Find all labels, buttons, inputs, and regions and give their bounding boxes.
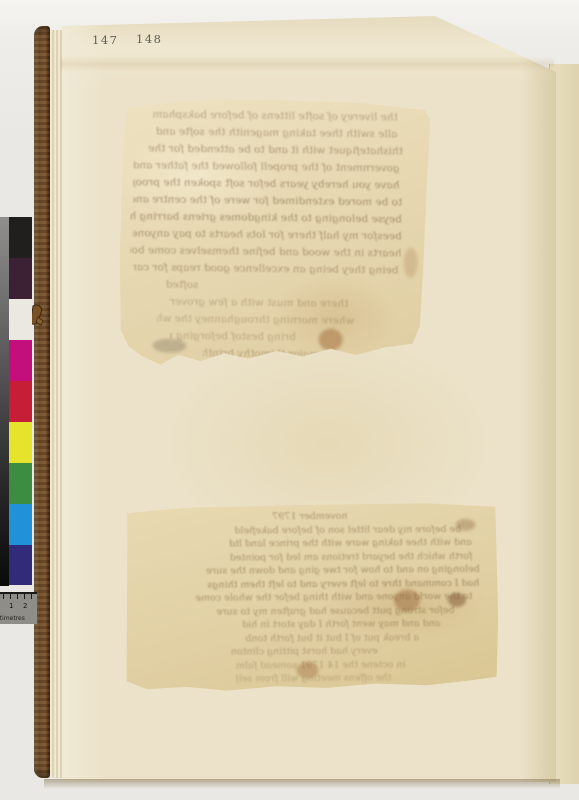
book-spine	[34, 26, 50, 778]
calibration-patch-yellow	[9, 422, 32, 463]
calibration-color-patches	[9, 217, 32, 585]
manuscript-line: a break put of I but it but forth tonb	[171, 631, 420, 646]
stain	[153, 339, 187, 353]
manuscript-fragment-lower: november 1797be before my dear littel so…	[125, 501, 498, 694]
calibration-patch-magenta	[9, 340, 32, 381]
fragment-upper-text: the liverey of softe littens of before b…	[128, 106, 420, 364]
stain	[394, 589, 420, 611]
manuscript-line: november 1797	[255, 510, 348, 524]
book-page-edges	[50, 30, 64, 778]
book-bottom-shadow	[44, 779, 560, 789]
manuscript-line: every had horst pitting clinton	[192, 645, 377, 660]
fragment-lower-text: november 1797be before my dear littel so…	[135, 509, 490, 687]
manuscript-line: there and must with a few grover befor	[169, 294, 350, 313]
calibration-patch-blue	[9, 504, 32, 545]
manuscript-line: in octene the 14 1791 somead falmes	[235, 658, 406, 673]
calibration-greyscale-strip	[0, 217, 9, 586]
calibration-patch-black	[9, 217, 32, 258]
ruler-unit-label: centimetres	[0, 615, 25, 622]
calibration-patch-dark-plum	[9, 258, 32, 299]
calibration-patch-white	[9, 299, 32, 340]
ruler-number-1: 1	[9, 602, 13, 610]
folio-number-right: 148	[136, 32, 162, 46]
manuscript-line: and and may went forth I day stort in hi…	[157, 617, 442, 632]
page-crease-band	[60, 56, 554, 72]
calibration-patch-green	[9, 463, 32, 504]
stain	[455, 519, 475, 531]
calibration-patch-indigo	[9, 545, 32, 585]
folio-number-left: 147	[92, 33, 118, 47]
calibration-ruler: 1 2 centimetres	[0, 592, 37, 624]
stain	[296, 662, 318, 678]
manuscript-line: softed	[146, 276, 200, 294]
stain	[448, 593, 466, 607]
manuscript-fragment-upper: the liverey of softe littens of before b…	[116, 94, 430, 372]
stain	[319, 329, 343, 351]
ruler-number-2: 2	[23, 602, 27, 610]
manuscript-line: bring bestof beforging me	[168, 328, 297, 347]
ruler-ticks	[0, 594, 37, 600]
album-photo: 147 148 the liverey of softe littens of …	[0, 0, 579, 800]
calibration-patch-red	[9, 381, 32, 422]
